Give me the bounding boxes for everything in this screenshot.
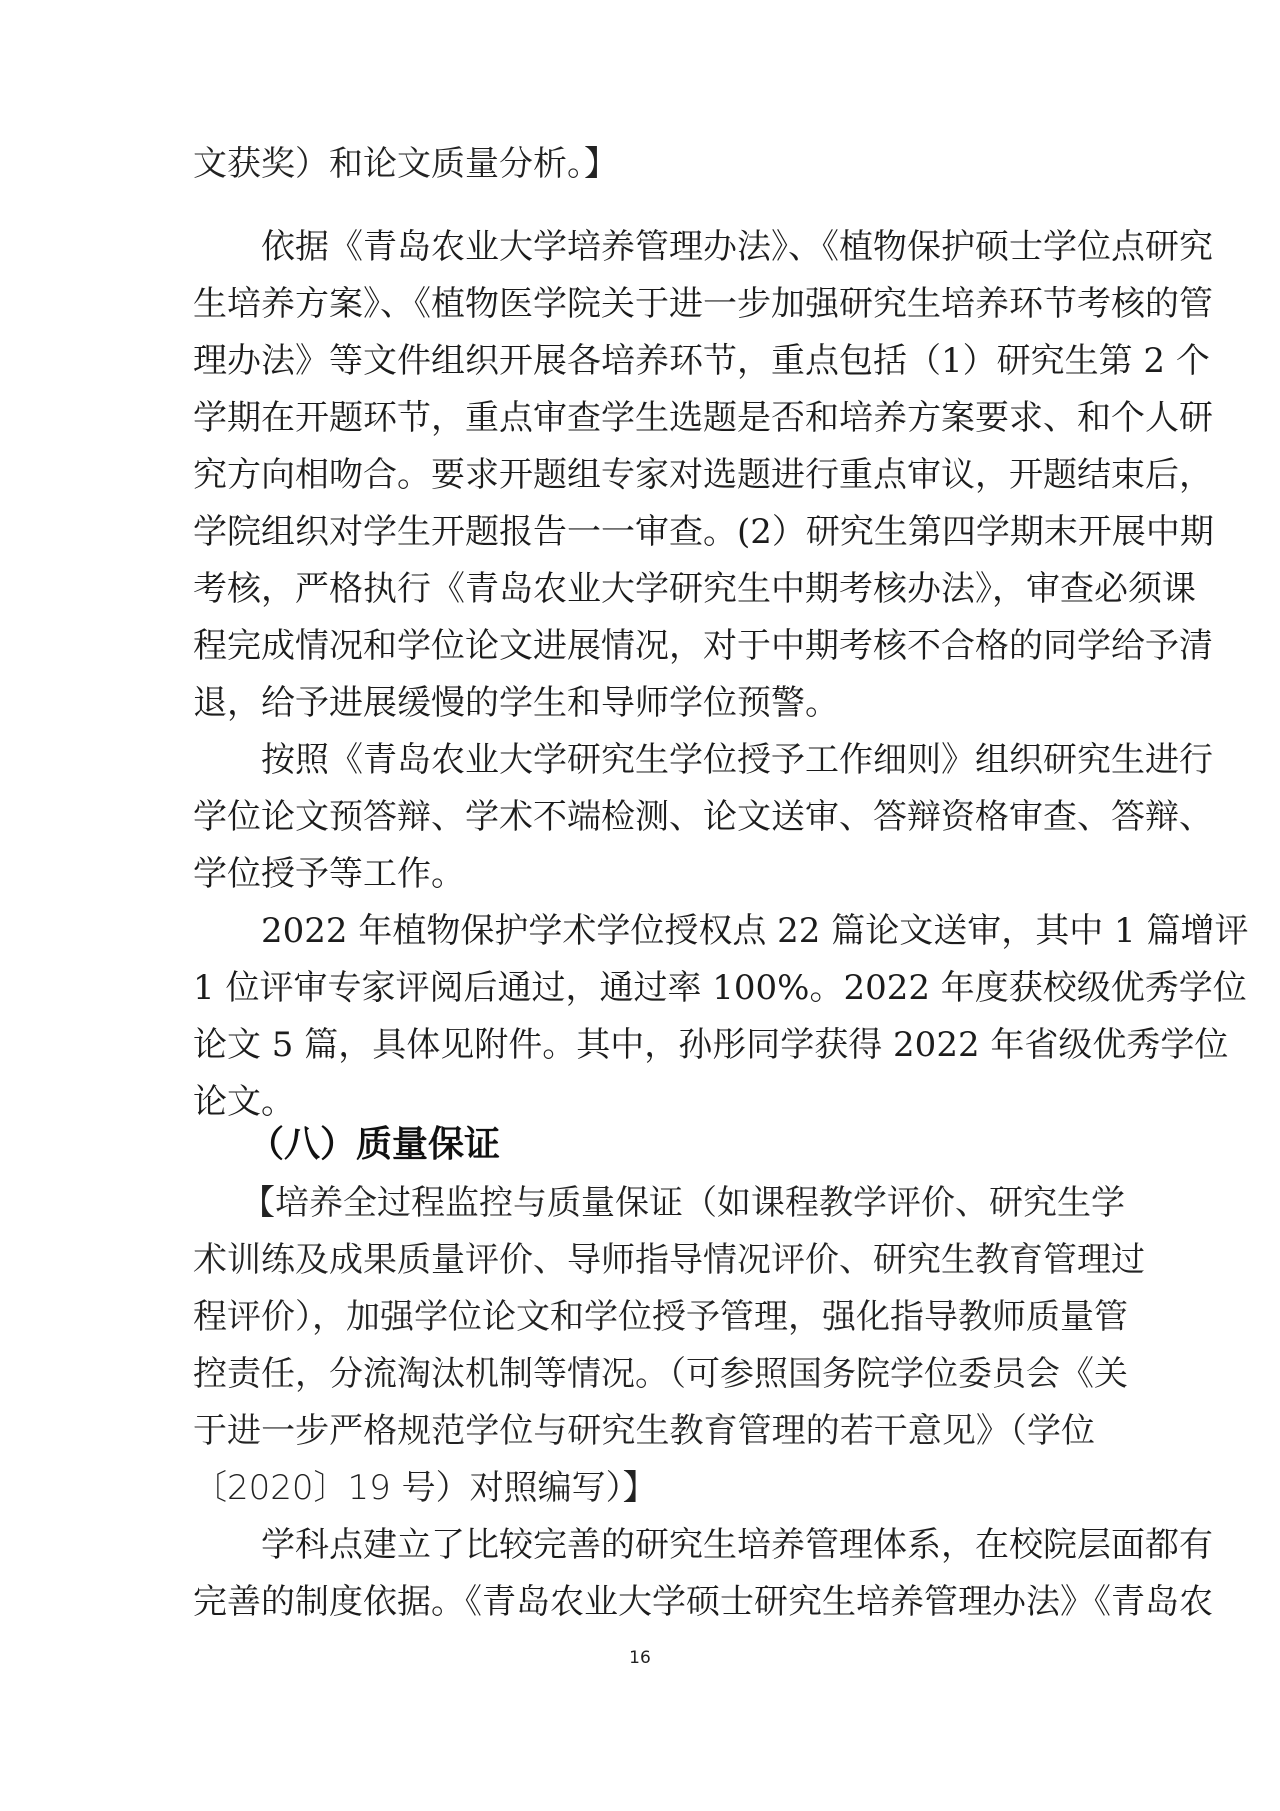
paragraph-line: 1 位评审专家评阅后通过，通过率 100%。2022 年度获校级优秀学位 — [193, 960, 1095, 1016]
guidance-note-line: 于进一步严格规范学位与研究生教育管理的若干意见》（学位 — [193, 1403, 1095, 1459]
paragraph-line: 学期在开题环节，重点审查学生选题是否和培养方案要求、和个人研 — [193, 390, 1095, 446]
paragraph-line: 按照《青岛农业大学研究生学位授予工作细则》组织研究生进行 — [261, 732, 1095, 788]
paragraph-line: 论文 5 篇，具体见附件。其中，孙彤同学获得 2022 年省级优秀学位 — [193, 1017, 1095, 1073]
paragraph-line: 究方向相吻合。要求开题组专家对选题进行重点审议，开题结束后， — [193, 447, 1095, 503]
guidance-fragment-line: 文获奖）和论文质量分析。】 — [193, 136, 1095, 192]
paragraph-line: 退，给予进展缓慢的学生和导师学位预警。 — [193, 675, 1095, 731]
paragraph-line: 学位论文预答辩、学术不端检测、论文送审、答辩资格审查、答辩、 — [193, 789, 1095, 845]
guidance-note-line: 术训练及成果质量评价、导师指导情况评价、研究生教育管理过 — [193, 1232, 1095, 1288]
guidance-note-line: 控责任，分流淘汰机制等情况。（可参照国务院学位委员会《关 — [193, 1346, 1095, 1402]
document-page: 文获奖）和论文质量分析。】 依据《青岛农业大学培养管理办法》、《植物保护硕士学位… — [0, 0, 1280, 1811]
guidance-note-line: 〔2020〕19 号）对照编写）】 — [193, 1460, 1095, 1516]
paragraph-line: 生培养方案》、《植物医学院关于进一步加强研究生培养环节考核的管 — [193, 276, 1095, 332]
paragraph-line: 学位授予等工作。 — [193, 846, 1095, 902]
page-number: 16 — [620, 1648, 660, 1668]
paragraph-line: 2022 年植物保护学术学位授权点 22 篇论文送审，其中 1 篇增评 — [261, 903, 1095, 959]
paragraph-line: 依据《青岛农业大学培养管理办法》、《植物保护硕士学位点研究 — [261, 219, 1095, 275]
paragraph-line: 程完成情况和学位论文进展情况，对于中期考核不合格的同学给予清 — [193, 618, 1095, 674]
paragraph-line: 完善的制度依据。《青岛农业大学硕士研究生培养管理办法》《青岛农 — [193, 1574, 1095, 1630]
paragraph-line: 理办法》等文件组织开展各培养环节，重点包括（1）研究生第 2 个 — [193, 333, 1095, 389]
guidance-note-line: 【培养全过程监控与质量保证（如课程教学评价、研究生学 — [241, 1175, 1095, 1231]
paragraph-line: 学科点建立了比较完善的研究生培养管理体系，在校院层面都有 — [261, 1517, 1095, 1573]
guidance-note-line: 程评价），加强学位论文和学位授予管理，强化指导教师质量管 — [193, 1289, 1095, 1345]
paragraph-line: 学院组织对学生开题报告一一审查。(2）研究生第四学期末开展中期 — [193, 504, 1095, 560]
section-heading: （八）质量保证 — [248, 1117, 500, 1173]
paragraph-line: 考核，严格执行《青岛农业大学研究生中期考核办法》，审查必须课 — [193, 561, 1095, 617]
